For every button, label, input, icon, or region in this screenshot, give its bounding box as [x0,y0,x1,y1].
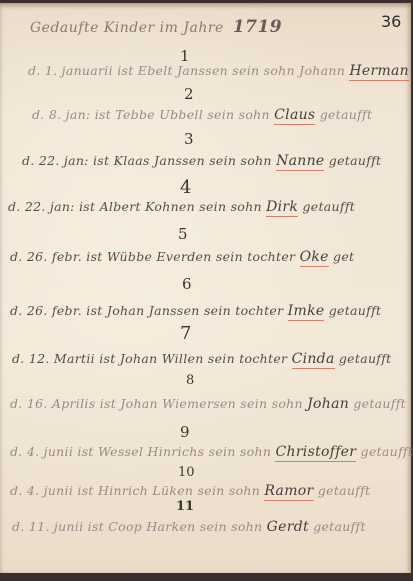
entry-date: d. 4. junii [10,444,73,459]
entry-prefix: ist [100,396,121,411]
entry-prefix: ist [93,153,114,168]
entry-child-name: Cinda [292,351,335,369]
page-number: 36 [381,12,401,31]
entry-parent: Wübbe Everden [107,249,212,264]
entry-suffix: getaufft [320,107,373,122]
entry-suffix: getaufft [329,153,382,168]
entry-number: 9 [180,423,190,441]
entry-child-name: Gerdt [267,519,309,536]
entry-relation: sein tochter [208,351,292,366]
entry-child-name: Nanne [276,153,324,171]
heading-year: 1719 [233,17,282,37]
register-entry: d. 26. febr. ist Johan Janssen sein toch… [10,303,381,319]
entry-relation: sein sohn [240,396,307,411]
entry-suffix: getaufft [339,351,392,366]
entry-parent: Coop Harken [108,519,195,534]
register-entry: d. 12. Martii ist Johan Willen sein toch… [12,351,391,367]
entry-suffix: get [333,249,354,264]
entry-date: d. 26. febr. [10,249,82,264]
entry-relation: sein tochter [216,249,300,264]
page-bottom-edge [0,573,413,581]
register-entry: d. 22. jan: ist Albert Kohnen sein sohn … [8,199,355,215]
entry-relation: sein sohn [199,199,266,214]
entry-date: d. 22. jan: [22,153,89,168]
entry-relation: sein tochter [204,303,288,318]
entry-child-name: Christoffer [275,444,356,462]
entry-prefix: ist [79,199,100,214]
entry-prefix: ist [86,249,107,264]
entry-number: 6 [182,275,192,293]
entry-number: 10 [178,465,195,480]
entry-suffix: getaufft [353,396,406,411]
entry-suffix: getaufft [313,519,366,534]
entry-relation: sein sohn [200,519,267,534]
entry-parent: Johan Wiemersen [120,396,236,411]
entry-number: 11 [176,499,194,514]
entry-date: d. 12. Martii [12,351,95,366]
entry-date: d. 16. Aprilis [10,396,95,411]
entry-relation: sein sohn [207,107,274,122]
entry-suffix: getaufft [329,303,382,318]
entry-date: d. 26. febr. [10,303,82,318]
entry-prefix: ist [86,303,107,318]
entry-date: d. 8. jan: [32,107,90,122]
entry-relation: sein sohn [198,483,265,498]
entry-relation: sein sohn [209,444,276,459]
entry-number: 2 [184,85,194,103]
entry-child-name: Imke [288,303,325,321]
entry-prefix: ist [88,519,109,534]
heading-text: Gedaufte Kinder im Jahre [30,20,224,36]
entry-parent: Klaas Janssen [114,153,205,168]
entry-number: 4 [180,177,191,198]
entry-child-name: Herman [349,63,409,81]
entry-number: 8 [186,373,194,388]
register-entry: d. 26. febr. ist Wübbe Everden sein toch… [10,249,354,265]
entry-prefix: ist [77,444,98,459]
entry-parent: Ebelt Janssen [138,63,228,78]
register-entry: d. 1. januarii ist Ebelt Janssen sein so… [28,63,413,79]
entry-child-name: Johan [307,396,349,413]
entry-suffix: getaufft [302,199,355,214]
register-entry: d. 11. junii ist Coop Harken sein sohn G… [12,519,366,535]
entry-suffix: getaufft [318,483,371,498]
register-entry: d. 16. Aprilis ist Johan Wiemersen sein … [10,396,406,412]
entry-parent: Albert Kohnen [100,199,195,214]
page-heading: Gedaufte Kinder im Jahre 1719 [30,17,282,37]
entry-parent: Johan Janssen [107,303,200,318]
register-entry: d. 4. junii ist Wessel Hinrichs sein soh… [10,444,413,460]
entry-number: 5 [178,225,188,243]
entry-prefix: ist [117,63,138,78]
entry-child-name: Claus [274,107,315,125]
entry-date: d. 22. jan: [8,199,75,214]
entry-parent: Tebbe Ubbell [115,107,203,122]
entry-parent: Hinrich Lüken [98,483,193,498]
entry-suffix: getaufft [361,444,413,459]
entry-date: d. 11. junii [12,519,83,534]
register-page: 36 Gedaufte Kinder im Jahre 1719 1 d. 1.… [0,3,411,573]
entry-relation: sein sohn [209,153,276,168]
register-entry: d. 4. junii ist Hinrich Lüken sein sohn … [10,483,370,499]
entry-child-name: Dirk [266,199,298,217]
entry-number: 3 [184,130,194,148]
entry-parent: Wessel Hinrichs [98,444,204,459]
entry-prefix: ist [77,483,98,498]
entry-child-name: Oke [300,249,329,267]
entry-parent: Johan Willen [120,351,204,366]
entry-relation: sein sohn Johann [232,63,349,78]
entry-number: 7 [180,323,191,344]
entry-date: d. 1. januarii [28,63,113,78]
entry-date: d. 4. junii [10,483,73,498]
entry-prefix: ist [99,351,120,366]
register-entry: d. 22. jan: ist Klaas Janssen sein sohn … [22,153,381,169]
entry-prefix: ist [95,107,116,122]
entry-child-name: Ramor [264,483,313,501]
register-entry: d. 8. jan: ist Tebbe Ubbell sein sohn Cl… [32,107,372,123]
